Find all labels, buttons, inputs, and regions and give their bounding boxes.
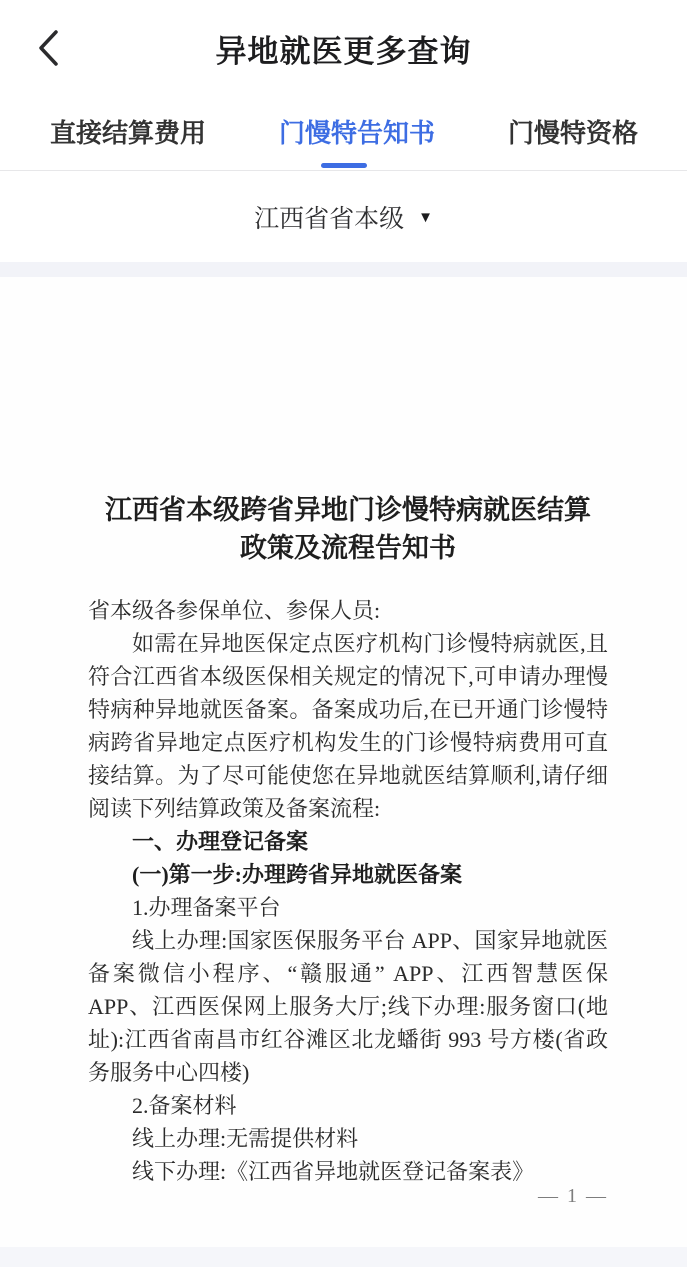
tab-bar: 直接结算费用 门慢特告知书 门慢特资格 <box>0 96 687 171</box>
region-selector[interactable]: 江西省省本级 ▼ <box>0 171 687 262</box>
header: 异地就医更多查询 <box>0 0 687 96</box>
tab-direct-settlement-fees[interactable]: 直接结算费用 <box>50 113 206 154</box>
document-step1-heading: (一)第一步:办理跨省异地就医备案 <box>88 858 608 891</box>
document-page-number: — 1 — <box>538 1180 608 1213</box>
section-divider-band <box>0 262 687 277</box>
tab-chronic-disease-notice[interactable]: 门慢特告知书 <box>279 113 435 154</box>
document-item2-offline: 线下办理:《江西省异地就医登记备案表》 <box>88 1155 608 1188</box>
document-title-line1: 江西省本级跨省异地门诊慢特病就医结算 <box>88 491 608 529</box>
region-selector-value: 江西省省本级 <box>254 199 404 235</box>
document-item1-body: 线上办理:国家医保服务平台 APP、国家异地就医备案微信小程序、“赣服通” AP… <box>88 924 608 1089</box>
document-title-line2: 政策及流程告知书 <box>88 529 608 567</box>
document-salutation: 省本级各参保单位、参保人员: <box>88 594 608 627</box>
tab-chronic-disease-eligibility[interactable]: 门慢特资格 <box>508 113 638 154</box>
chevron-down-icon: ▼ <box>418 209 433 226</box>
document-viewer[interactable]: 江西省本级跨省异地门诊慢特病就医结算 政策及流程告知书 省本级各参保单位、参保人… <box>0 277 687 1247</box>
document-item2-online: 线上办理:无需提供材料 <box>88 1122 608 1155</box>
app-screen: 异地就医更多查询 直接结算费用 门慢特告知书 门慢特资格 江西省省本级 ▼ 江西… <box>0 0 687 1267</box>
document-item2-title: 2.备案材料 <box>88 1089 608 1122</box>
document-item1-title: 1.办理备案平台 <box>88 891 608 924</box>
document-paragraph-intro: 如需在异地医保定点医疗机构门诊慢特病就医,且符合江西省本级医保相关规定的情况下,… <box>88 627 608 825</box>
active-tab-indicator <box>321 163 367 168</box>
document-section1-heading: 一、办理登记备案 <box>88 825 608 858</box>
page-title: 异地就医更多查询 <box>216 26 472 71</box>
document-title: 江西省本级跨省异地门诊慢特病就医结算 政策及流程告知书 <box>88 491 608 567</box>
back-chevron-icon <box>37 29 59 67</box>
back-button[interactable] <box>22 22 74 74</box>
bottom-band <box>0 1247 687 1267</box>
